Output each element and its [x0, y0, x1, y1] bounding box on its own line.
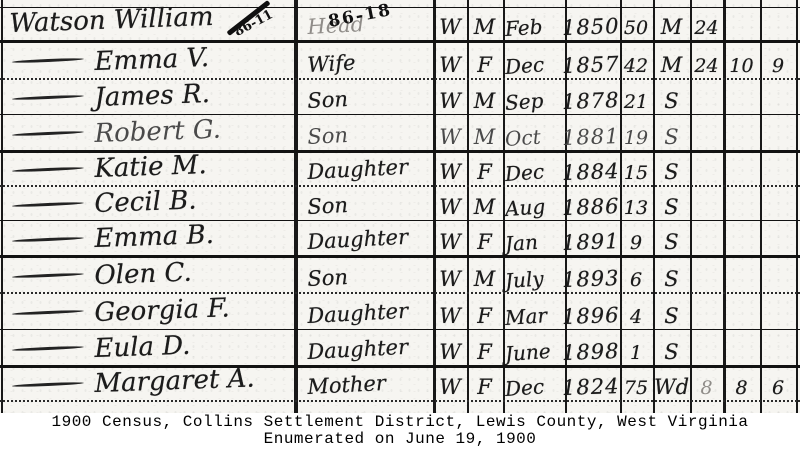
cell-sex: F — [467, 304, 502, 328]
cell-age: 19 — [619, 127, 653, 149]
cell-years_married: 24 — [690, 17, 723, 39]
cell-sex: F — [467, 375, 502, 399]
cell-color: W — [434, 89, 466, 113]
ditto-dash — [12, 236, 84, 242]
ditto-dash — [12, 201, 84, 207]
cell-age: 42 — [619, 55, 653, 77]
cell-age: 50 — [619, 17, 653, 39]
cell-month: Dec — [504, 51, 564, 79]
cell-name: Margaret A. — [94, 363, 255, 399]
cell-color: W — [434, 230, 466, 254]
cell-relation: Daughter — [307, 155, 409, 184]
cell-year: 1898 — [562, 339, 621, 365]
cell-month: Dec — [504, 373, 564, 401]
census-row: Emma V.WifeWFDec185742M24109 — [0, 40, 800, 78]
photo-caption: 1900 Census, Collins Settlement District… — [0, 413, 800, 450]
cell-sex: M — [467, 125, 502, 149]
ditto-dash — [12, 272, 84, 278]
cell-age: 4 — [619, 306, 653, 328]
cell-age: 15 — [619, 162, 653, 184]
cell-name: Katie M. — [94, 150, 207, 184]
cell-sex: F — [467, 230, 502, 254]
cell-name: Cecil B. — [94, 185, 197, 219]
cell-marital: S — [653, 89, 690, 113]
cell-marital: M — [653, 15, 690, 39]
cell-sex: F — [467, 53, 502, 77]
cell-marital: S — [653, 267, 690, 291]
census-row: Eula D.DaughterWFJune18981S — [0, 329, 800, 365]
cell-month: Feb — [504, 13, 564, 41]
cell-year: 1891 — [562, 229, 621, 255]
cell-name: Georgia F. — [94, 293, 230, 328]
cell-age: 21 — [619, 91, 653, 113]
cell-month: June — [504, 338, 564, 366]
ditto-dash — [12, 94, 84, 100]
cell-name: Olen C. — [94, 258, 192, 291]
cell-sex: M — [467, 89, 502, 113]
cell-color: W — [434, 15, 466, 39]
cell-name: James R. — [94, 79, 210, 113]
census-table-scan: Watson WilliamHeadWMFeb185050M24Emma V.W… — [0, 0, 800, 413]
ditto-dash — [12, 166, 84, 172]
cell-year: 1893 — [562, 266, 621, 292]
cell-month: Aug — [504, 193, 564, 221]
cell-age: 9 — [619, 232, 653, 254]
cell-year: 1881 — [562, 124, 621, 150]
cell-sex: F — [467, 340, 502, 364]
cell-relation: Son — [307, 87, 349, 113]
cell-children_born: 10 — [723, 55, 760, 77]
census-row: Cecil B.SonWMAug188613S — [0, 185, 800, 220]
cell-color: W — [434, 195, 466, 219]
cell-year: 1886 — [562, 194, 621, 220]
ditto-dash — [12, 381, 84, 387]
cell-month: Oct — [504, 123, 564, 151]
ditto-dash — [12, 309, 84, 315]
census-row: Olen C.SonWMJuly18936S — [0, 255, 800, 292]
caption-line-2: Enumerated on June 19, 1900 — [0, 431, 800, 448]
cell-marital: M — [653, 53, 690, 77]
cell-relation: Daughter — [307, 225, 409, 254]
cell-relation: Son — [307, 265, 349, 291]
cell-age: 6 — [619, 269, 653, 291]
cell-marital: S — [653, 125, 690, 149]
cell-name: Watson William — [9, 2, 214, 39]
cell-color: W — [434, 304, 466, 328]
cell-year: 1878 — [562, 88, 621, 114]
cell-marital: Wd — [653, 375, 690, 399]
cell-sex: M — [467, 267, 502, 291]
caption-line-1: 1900 Census, Collins Settlement District… — [0, 414, 800, 431]
cell-month: Jan — [504, 228, 564, 256]
cell-children_born: 8 — [723, 377, 760, 399]
cell-relation: Son — [307, 123, 349, 149]
cell-month: July — [504, 265, 564, 293]
cell-age: 13 — [619, 197, 653, 219]
census-row: Robert G.SonWMOct188119S — [0, 114, 800, 150]
cell-relation: Wife — [307, 51, 356, 77]
cell-age: 1 — [619, 342, 653, 364]
cell-color: W — [434, 125, 466, 149]
cell-marital: S — [653, 160, 690, 184]
cell-month: Sep — [504, 87, 564, 115]
census-row: Margaret A.MotherWFDec182475Wd886 — [0, 365, 800, 400]
cell-year: 1857 — [562, 52, 621, 78]
cell-name: Emma V. — [94, 43, 210, 77]
census-row: Katie M.DaughterWFDec188415S — [0, 150, 800, 185]
cell-relation: Daughter — [307, 299, 409, 328]
cell-color: W — [434, 340, 466, 364]
cell-sex: M — [467, 195, 502, 219]
cell-marital: S — [653, 340, 690, 364]
grid-hline-dotted — [0, 400, 800, 402]
cell-year: 1884 — [562, 159, 621, 185]
cell-children_living: 6 — [760, 377, 796, 399]
cell-name: Robert G. — [94, 115, 221, 149]
cell-relation: Mother — [307, 371, 387, 399]
cell-relation: Daughter — [307, 335, 409, 364]
cell-sex: M — [467, 15, 502, 39]
cell-color: W — [434, 375, 466, 399]
cell-year: 1824 — [562, 374, 621, 400]
ditto-dash — [12, 130, 84, 136]
cell-color: W — [434, 160, 466, 184]
cell-age: 75 — [619, 377, 653, 399]
census-scan: Watson WilliamHeadWMFeb185050M24Emma V.W… — [0, 0, 800, 450]
ditto-dash — [12, 57, 84, 63]
cell-color: W — [434, 267, 466, 291]
cell-name: Eula D. — [94, 331, 191, 364]
census-row: Emma B.DaughterWFJan18919S — [0, 220, 800, 255]
cell-name: Emma B. — [94, 220, 214, 254]
cell-relation: Son — [307, 193, 349, 219]
census-row: Watson WilliamHeadWMFeb185050M24 — [0, 7, 800, 40]
cell-year: 1896 — [562, 303, 621, 329]
cell-month: Mar — [504, 302, 564, 330]
cell-years_married: 8 — [690, 377, 723, 399]
cell-color: W — [434, 53, 466, 77]
cell-month: Dec — [504, 158, 564, 186]
cell-marital: S — [653, 195, 690, 219]
cell-marital: S — [653, 304, 690, 328]
cell-years_married: 24 — [690, 55, 723, 77]
census-row: Georgia F.DaughterWFMar18964S — [0, 292, 800, 329]
cell-marital: S — [653, 230, 690, 254]
cell-sex: F — [467, 160, 502, 184]
census-row: James R.SonWMSep187821S — [0, 78, 800, 114]
ditto-dash — [12, 345, 84, 351]
cell-children_living: 9 — [760, 55, 796, 77]
cell-year: 1850 — [562, 14, 621, 40]
